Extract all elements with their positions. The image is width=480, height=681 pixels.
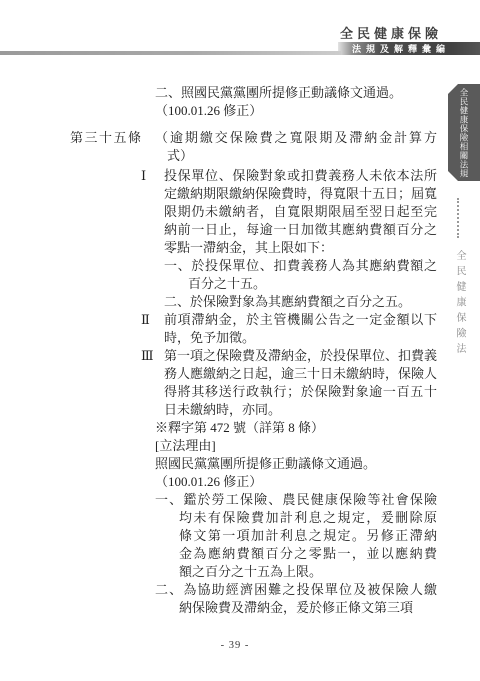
text-line: ※釋字第 472 號（詳第 8 條）: [0, 419, 480, 437]
text-line: 額之百分之十五為上限。: [0, 563, 480, 581]
header-rule: [0, 51, 341, 55]
text-line: 時，免予加徵。: [0, 329, 480, 347]
text-line-content: 零點一滯納金，其上限如下：: [164, 239, 333, 257]
text-line: 一、鑑於勞工保險、農民健康保險等社會保險: [0, 491, 480, 509]
page-title: 全民健康保險: [340, 23, 442, 39]
text-line: [立法理由]: [0, 437, 480, 455]
text-line-content: 條文第一項加計利息之規定。另修正滯納: [179, 527, 437, 545]
text-line: （100.01.26 修正）: [0, 102, 480, 120]
text-line-content: 納前一日止，每逾一日加徵其應納費額百分之: [164, 221, 437, 239]
text-line: 納保險費及滯納金，爰於修正條文第三項: [0, 599, 480, 617]
text-line: 二、於保險對象為其應納費額之百分之五。: [0, 293, 480, 311]
text-line: 務人應繳納之日起，逾三十日未繳納時，保險人: [0, 365, 480, 383]
article-content: 二、照國民黨黨團所提修正動議條文通過。（100.01.26 修正）第三十五條（逾…: [0, 84, 480, 617]
text-line-content: 日未繳納時，亦同。: [164, 401, 281, 419]
text-line-content: 式）: [167, 147, 193, 165]
text-line: 定繳納期限繳納保險費時，得寬限十五日；屆寬: [0, 185, 480, 203]
text-line-content: 均未有保險費加計利息之規定，爰刪除原: [179, 509, 437, 527]
page-number: - 39 -: [0, 640, 470, 651]
text-line: Ⅲ第一項之保險費及滯納金，於投保單位、扣費義: [0, 347, 480, 365]
text-line-content: 投保單位、保險對象或扣費義務人未依本法所: [164, 167, 437, 185]
text-line-content: 百分之十五。: [188, 275, 266, 293]
text-line-content: 金為應納費額百分之零點一，並以應納費: [179, 545, 437, 563]
text-line: 百分之十五。: [0, 275, 480, 293]
text-line-content: ※釋字第 472 號（詳第 8 條）: [155, 419, 324, 437]
subtitle-bar: 法規及解釋彙編: [338, 42, 480, 55]
text-line-content: 定繳納期限繳納保險費時，得寬限十五日；屆寬: [164, 185, 437, 203]
paragraph-numeral: Ⅲ: [141, 347, 164, 365]
text-line: （100.01.26 修正）: [0, 473, 480, 491]
text-line-content: 第一項之保險費及滯納金，於投保單位、扣費義: [164, 347, 437, 365]
text-line: 均未有保險費加計利息之規定，爰刪除原: [0, 509, 480, 527]
text-line-content: 得將其移送行政執行；於保險對象逾一百五十: [164, 383, 437, 401]
document-page: 全民健康保險 法規及解釋彙編 全民健康保險相關法規 全民健康保險法 二、照國民黨…: [0, 0, 480, 681]
text-line-content: 照國民黨黨團所提修正動議條文通過。: [155, 455, 376, 473]
text-line: 限期仍未繳納者，自寬限期限屆至翌日起至完: [0, 203, 480, 221]
text-line: 第三十五條（逾期繳交保險費之寬限期及滯納金計算方: [0, 129, 480, 147]
text-line: 式）: [0, 147, 480, 165]
text-line-content: 二、為協助經濟困難之投保單位及被保險人繳: [155, 581, 437, 599]
text-line-content: （100.01.26 修正）: [155, 473, 262, 491]
text-line-content: 前項滯納金，於主管機關公告之一定金額以下: [164, 311, 437, 329]
text-line: 二、照國民黨黨團所提修正動議條文通過。: [0, 84, 480, 102]
text-line-content: 限期仍未繳納者，自寬限期限屆至翌日起至完: [164, 203, 437, 221]
text-line: 條文第一項加計利息之規定。另修正滯納: [0, 527, 480, 545]
text-line: 日未繳納時，亦同。: [0, 401, 480, 419]
subtitle-bar-label: 法規及解釋彙編: [338, 42, 450, 55]
text-line: 一、於投保單位、扣費義務人為其應納費額之: [0, 257, 480, 275]
paragraph-numeral: Ⅰ: [141, 167, 164, 185]
text-line-content: 額之百分之十五為上限。: [179, 563, 322, 581]
text-line: Ⅱ前項滯納金，於主管機關公告之一定金額以下: [0, 311, 480, 329]
paragraph-numeral: Ⅱ: [141, 311, 164, 329]
text-line-content: 務人應繳納之日起，逾三十日未繳納時，保險人: [164, 365, 437, 383]
text-line-content: （逾期繳交保險費之寬限期及滯納金計算方: [155, 129, 437, 147]
text-line-content: 納保險費及滯納金，爰於修正條文第三項: [179, 599, 413, 617]
text-line-content: 時，免予加徵。: [164, 329, 255, 347]
text-line-content: 一、於投保單位、扣費義務人為其應納費額之: [164, 257, 437, 275]
text-line: 金為應納費額百分之零點一，並以應納費: [0, 545, 480, 563]
text-line-content: [立法理由]: [155, 437, 216, 455]
text-line: 零點一滯納金，其上限如下：: [0, 239, 480, 257]
text-line-content: 一、鑑於勞工保險、農民健康保險等社會保險: [155, 491, 437, 509]
text-line-content: 二、照國民黨黨團所提修正動議條文通過。: [155, 84, 402, 102]
article-number: 第三十五條: [70, 129, 143, 147]
text-line: 得將其移送行政執行；於保險對象逾一百五十: [0, 383, 480, 401]
text-line: 二、為協助經濟困難之投保單位及被保險人繳: [0, 581, 480, 599]
text-line-content: （100.01.26 修正）: [155, 102, 262, 120]
text-line: Ⅰ投保單位、保險對象或扣費義務人未依本法所: [0, 167, 480, 185]
text-line-content: 二、於保險對象為其應納費額之百分之五。: [164, 293, 411, 311]
text-line: 照國民黨黨團所提修正動議條文通過。: [0, 455, 480, 473]
text-line: 納前一日止，每逾一日加徵其應納費額百分之: [0, 221, 480, 239]
